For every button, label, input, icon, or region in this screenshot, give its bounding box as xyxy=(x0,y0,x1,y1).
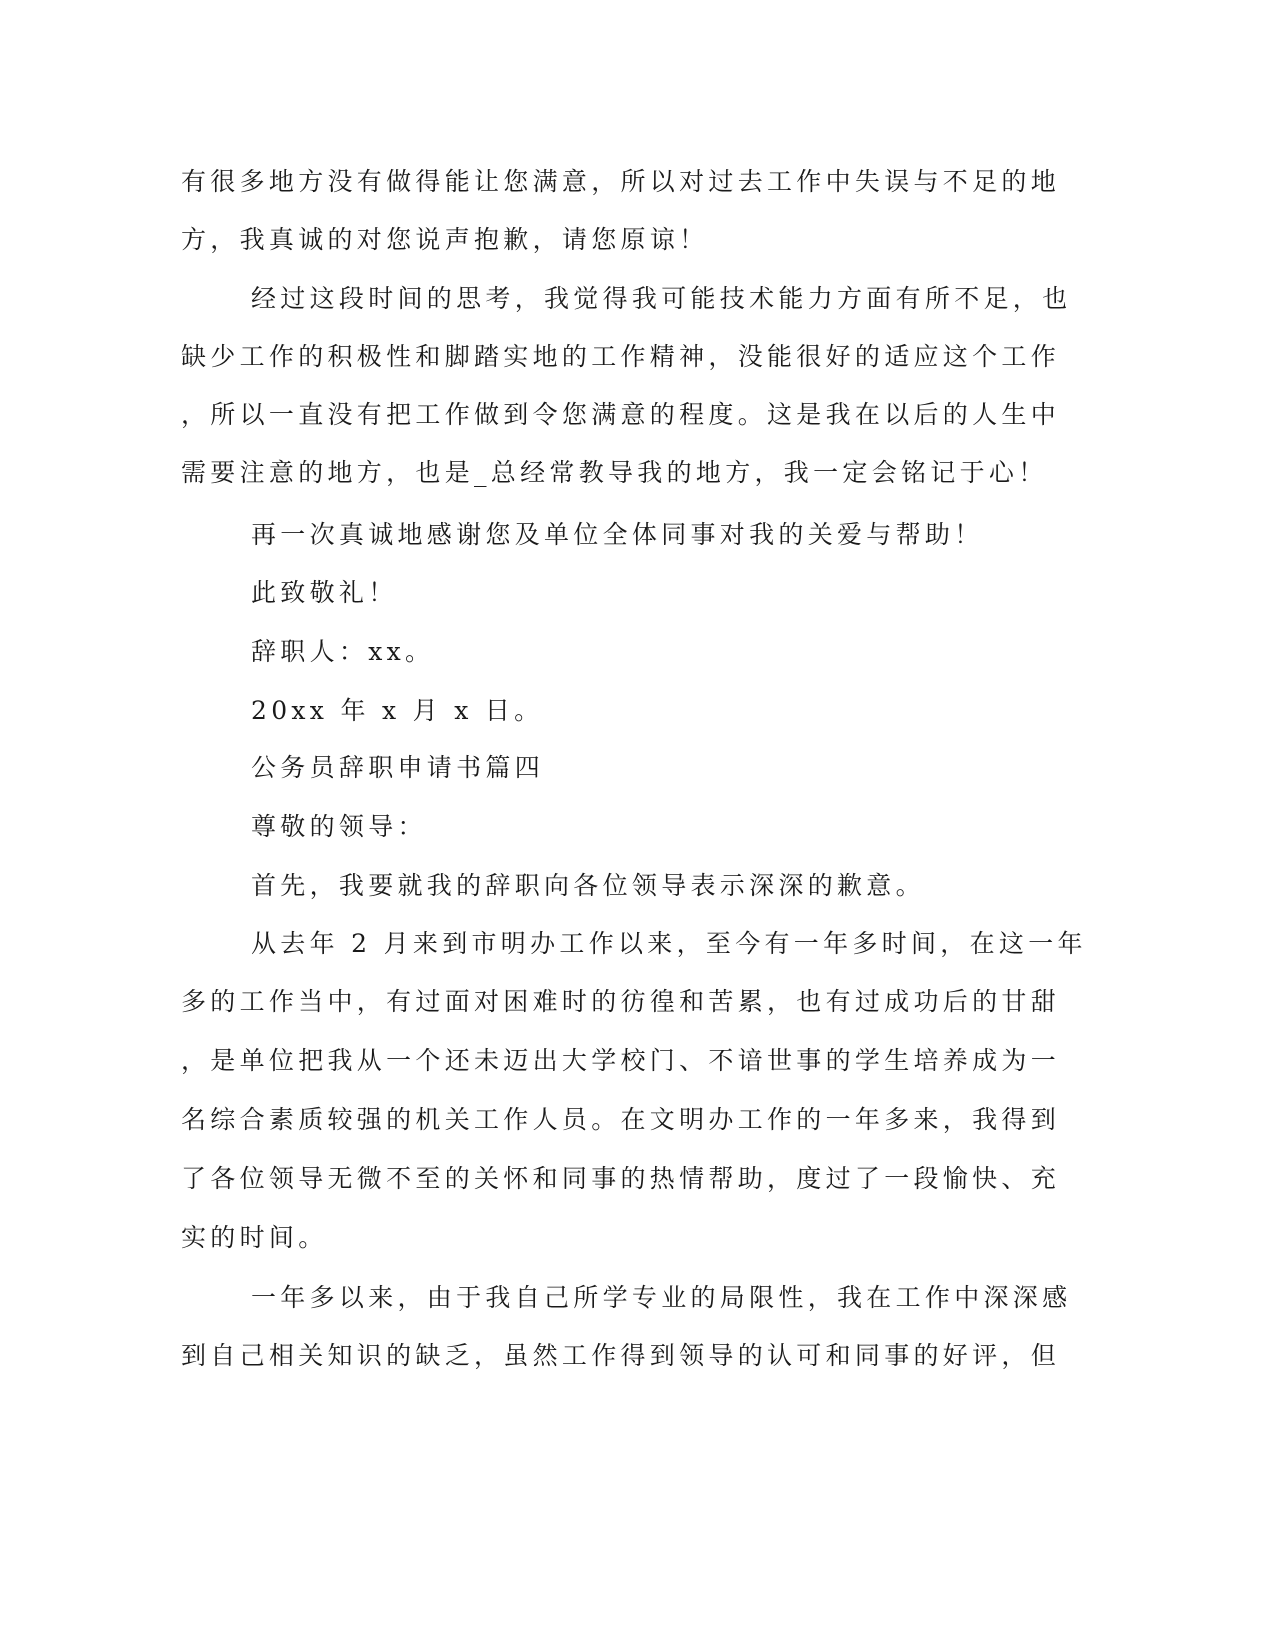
document-page: 有很多地方没有做得能让您满意，所以对过去工作中失误与不足的地 方，我真诚的对您说… xyxy=(0,0,1275,1650)
paragraph-line: ，是单位把我从一个还未迈出大学校门、不谙世事的学生培养成为一 xyxy=(181,1046,1060,1076)
paragraph-line: 需要注意的地方，也是_总经常教导我的地方，我一定会铭记于心！ xyxy=(181,458,1048,488)
paragraph-line: 经过这段时间的思考，我觉得我可能技术能力方面有所不足，也 xyxy=(251,284,1071,314)
date-line: 20xx 年 x 月 x 日。 xyxy=(251,696,543,726)
signature-line: 辞职人：xx。 xyxy=(251,637,434,667)
closing-thanks-line: 再一次真诚地感谢您及单位全体同事对我的关爱与帮助！ xyxy=(251,520,984,550)
greeting-line: 尊敬的领导： xyxy=(251,812,427,842)
paragraph-line: 方，我真诚的对您说声抱歉，请您原谅！ xyxy=(181,225,708,255)
paragraph-line: 有很多地方没有做得能让您满意，所以对过去工作中失误与不足的地 xyxy=(181,167,1060,197)
paragraph-line: 从去年 2 月来到市明办工作以来，至今有一年多时间，在这一年 xyxy=(251,929,1087,959)
paragraph-line: 了各位领导无微不至的关怀和同事的热情帮助，度过了一段愉快、充 xyxy=(181,1164,1060,1194)
paragraph-line: 缺少工作的积极性和脚踏实地的工作精神，没能很好的适应这个工作 xyxy=(181,342,1060,372)
paragraph-line: 实的时间。 xyxy=(181,1223,328,1253)
section-title: 公务员辞职申请书篇四 xyxy=(251,753,544,783)
paragraph-line: ，所以一直没有把工作做到令您满意的程度。这是我在以后的人生中 xyxy=(181,400,1060,430)
paragraph-line: 首先，我要就我的辞职向各位领导表示深深的歉意。 xyxy=(251,871,925,901)
paragraph-line: 名综合素质较强的机关工作人员。在文明办工作的一年多来，我得到 xyxy=(181,1105,1060,1135)
paragraph-line: 多的工作当中，有过面对困难时的彷徨和苦累，也有过成功后的甘甜 xyxy=(181,987,1060,1017)
paragraph-line: 到自己相关知识的缺乏，虽然工作得到领导的认可和同事的好评，但 xyxy=(181,1341,1060,1371)
salutation-closing: 此致敬礼！ xyxy=(251,578,398,608)
paragraph-line: 一年多以来，由于我自己所学专业的局限性，我在工作中深深感 xyxy=(251,1283,1071,1313)
